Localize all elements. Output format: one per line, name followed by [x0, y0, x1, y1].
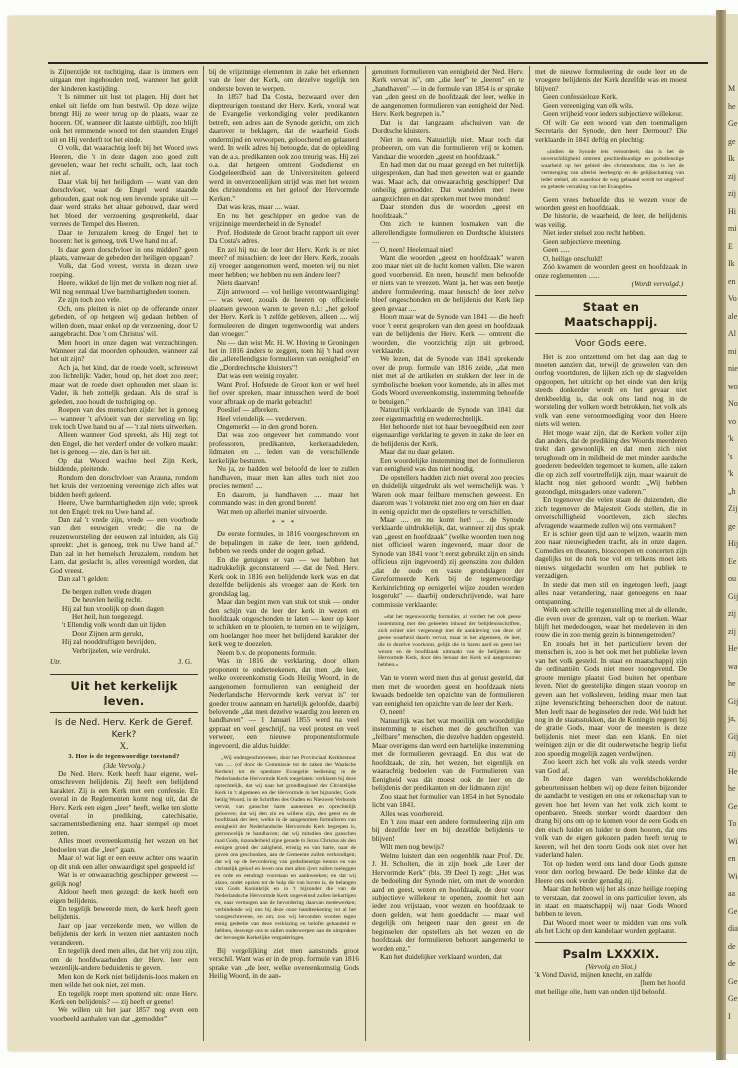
paragraph: Men hoort in onze dagen wat verzuchtinge…: [50, 339, 198, 364]
next-page-fragment: Gij: [728, 697, 738, 707]
paragraph: Rondom den dorschvloer van Arauna, rondo…: [50, 474, 198, 499]
section-title-kerkelijk-leven: Uit het kerkelijk leven.: [50, 679, 198, 709]
next-page-fragment: To: [728, 819, 736, 829]
paragraph: Zoo keert zich het volk als volk steeds …: [535, 758, 687, 775]
paragraph: Dat is dat langzaam afschuiven van de Do…: [372, 119, 524, 136]
paragraph: En tegelijk beweerde men, de kerk heeft …: [50, 905, 198, 922]
paragraph: Dat Woord moet weer te midden van ons vo…: [535, 919, 687, 936]
paragraph: Alleen wanneer God spreekt, als Hij zegt…: [50, 431, 198, 456]
paragraph: Een woordelijke instemming met de formul…: [372, 457, 524, 474]
next-page-fragment: Gij: [728, 592, 738, 602]
paragraph: En daarom, ja handhaven .... maar het co…: [209, 491, 359, 508]
paragraph: Welk een schrille tegenstelling met al d…: [535, 606, 687, 640]
proponent-formula-quote: „Wij ondergeschrevenen, door het Provinc…: [215, 755, 356, 941]
next-page-fragment: Hi: [728, 207, 736, 217]
paragraph: Op dat Woord wachte heel Zijn Kerk, bidd…: [50, 457, 198, 474]
meditation-article: is Zijnerzijde tot tuchtiging, daar is i…: [50, 68, 198, 584]
article-body: De eerste formules, in 1816 voorgeschrev…: [209, 530, 359, 750]
next-page-fragment: Ge: [728, 994, 737, 1004]
paragraph: En zooals het in het particuliere leven …: [535, 640, 687, 758]
paragraph: Heere, Uwe barmhartigheden zijn vele; sp…: [50, 499, 198, 516]
section-rule: [50, 712, 198, 713]
column-1: is Zijnerzijde tot tuchtiging, daar is i…: [50, 68, 198, 1023]
paragraph: Nu — dan wist Mr. H. W. Hoving te Gronin…: [209, 339, 359, 373]
next-page-fragment: Hij: [728, 539, 738, 549]
paragraph: En 't zou maar een andere formuleering z…: [372, 818, 524, 843]
article-body: genomen formulieren van eenigheid der Ne…: [372, 68, 524, 609]
next-page-fragment: „h: [728, 487, 736, 497]
paragraph: Nu ja, ze hadden wel beloofd de leer te …: [209, 465, 359, 490]
paragraph: Geen vrees behoefde dus te wezen voor de…: [535, 196, 687, 213]
poem-title: Psalm LXXXIX.: [535, 947, 687, 962]
paragraph: Men kon de Kerk niet belijdenis-loos mak…: [50, 973, 198, 990]
paragraph: Aldoor heeft men gezegd: de kerk heeft e…: [50, 888, 198, 905]
next-page-fragment: wo: [728, 382, 738, 392]
paragraph: Van te voren werd men dus al gerust gest…: [372, 674, 524, 708]
paragraph: Welnu luistert dan een oogenblik naar Pr…: [372, 852, 524, 953]
column-rule: [365, 66, 366, 1041]
article-body: Bij vergelijking ziet men aanstonds groo…: [209, 947, 359, 981]
next-page-fragment: Wi: [728, 837, 737, 847]
paragraph: Want Prof. Hofstede de Groot kon er wel …: [209, 381, 359, 406]
next-page-fragment: Zij: [728, 504, 737, 514]
article-body: Het is zoo ontzettend om het dag aan dag…: [535, 353, 687, 936]
column-3: genomen formulieren van eenigheid der Ne…: [372, 68, 524, 962]
paragraph: Dan zal 't vrede zijn, vrede — een voorb…: [50, 516, 198, 575]
article-body: De Ned. Herv. Kerk heeft haar eigene, we…: [50, 770, 198, 1024]
top-rule: [48, 62, 708, 64]
next-page-fragment: 'k: [728, 434, 733, 444]
paragraph: Niet in eens. Natuurlijk niet. Maar toch…: [372, 136, 524, 161]
paragraph: In stede dat men stil en ingetogen leeft…: [535, 581, 687, 606]
next-page-fragment: de: [728, 942, 736, 952]
paragraph: Het moge waar zijn, dat de Kerken voller…: [535, 429, 687, 497]
paragraph: Prof. Hodstede de Groot bracht rapport u…: [209, 229, 359, 246]
paragraph: En tegenover die velen staan de duizende…: [535, 496, 687, 530]
signature-initials: J. G.: [178, 658, 192, 666]
paragraph: In 1857 had Da Costa, bezwaard over den …: [209, 93, 359, 203]
next-page-fragment: ale: [728, 312, 737, 322]
section-rule: [535, 333, 687, 334]
next-page-fragment: E: [728, 242, 733, 252]
paragraph: Zijn antwoord — vol heilige verontwaardi…: [209, 288, 359, 339]
next-page-fragment: he: [728, 102, 736, 112]
paragraph: Dan zal 't gelden:: [50, 575, 198, 583]
next-page-fragment: Gij: [728, 732, 738, 742]
next-page-fragment: zij: [728, 609, 736, 619]
paragraph: Wat men op allerlei manier uitvoerde.: [209, 508, 359, 516]
paragraph: Kan het duidelijker verklaard worden, da…: [372, 953, 524, 961]
paragraph: En tegelijk deed men alles, dat het vrij…: [50, 947, 198, 972]
next-page-fragment: de: [728, 959, 736, 969]
paragraph: En nu het geschipper en gedoe van de vri…: [209, 212, 359, 229]
paragraph: Om zich te kunnen losmaken van die aller…: [372, 220, 524, 245]
paragraph: Maar .... en nu komt het! .... de Synode…: [372, 516, 524, 609]
section-rule: [535, 942, 687, 943]
paragraph: Natuurlijk verklaarde de Synode van 1841…: [372, 406, 524, 423]
article-body: met de nieuwe formuleering de oude leer …: [535, 68, 687, 144]
next-page-fragment: Ge: [728, 802, 737, 812]
article-title: Is de Ned. Herv. Kerk de Geref. Kerk?: [50, 717, 198, 741]
next-page-fragment: en: [728, 854, 736, 864]
signature-place: Utr.: [50, 658, 61, 666]
next-page-fragment: M: [728, 84, 735, 94]
paragraph: Daar vlak bij het heiligdom — want van d…: [50, 178, 198, 229]
article-title-gods-eere: Voor Gods eere.: [535, 338, 687, 350]
paragraph: En tegelijk roept men spottend uit: onze…: [50, 990, 198, 1007]
paragraph: En die getuigen er van — we hebben het n…: [209, 556, 359, 598]
paragraph: Daar stonden dus de woorden „geest en ho…: [372, 203, 524, 220]
paragraph: Het behoorde niet tot haar bevoegdheid e…: [372, 423, 524, 448]
section-title-staat-maatschappij: Staat en Maatschappij.: [535, 300, 687, 330]
column-4: met de nieuwe formuleering de oude leer …: [535, 68, 687, 996]
next-page-fragment: I: [728, 1012, 731, 1022]
next-page-fragment: No: [728, 399, 738, 409]
paragraph: We willen uit het jaar 1857 nog even een…: [50, 1006, 198, 1023]
poem-line: met heilige olie, hem van onden tijd bel…: [535, 988, 687, 996]
paragraph: O volk, dat waarachtig leeft bij het Woo…: [50, 144, 198, 178]
paragraph: Jaar op jaar verzekerde men, we willen d…: [50, 922, 198, 947]
paragraph: Er is schier geen tijd aan te wijzen, wa…: [535, 530, 687, 581]
paragraph: In deze dagen van wereldschokkende gebeu…: [535, 775, 687, 860]
paragraph: Maar dan hebben wij het als onze heilige…: [535, 885, 687, 919]
article-body: Van te voren werd men dus al gerust gest…: [372, 674, 524, 961]
section-rule: [535, 295, 687, 296]
paragraph: Heere, wikkel de lijn met de volken nog …: [50, 279, 198, 296]
next-page-fragment: 's: [728, 452, 733, 462]
next-page-fragment: mi: [728, 347, 736, 357]
next-page-fragment: aa: [728, 889, 735, 899]
article-number: X.: [50, 741, 198, 752]
next-page-fragment: ou: [728, 574, 736, 584]
next-page-edge: MheGegeIkzijzijHimiEIkenVoaleAlminiewoNo…: [726, 14, 738, 1054]
paragraph: Is daar geen dorschvloer in ons midden? …: [50, 246, 198, 263]
next-page-fragment: vo: [728, 417, 736, 427]
next-page-fragment: ge: [728, 522, 736, 532]
next-page-fragment: nie: [728, 364, 738, 374]
paragraph: Zóó kwamen de woorden geest en hoofdzaak…: [535, 263, 687, 280]
paragraph: Och, ons pleiten is niet op de offerande…: [50, 305, 198, 339]
next-page-fragment: zij: [728, 189, 736, 199]
next-page-fragment: Ee: [728, 557, 736, 567]
paragraph: Tot op heden werd ons land door Gods gun…: [535, 860, 687, 885]
page-gutter: [716, 10, 726, 1060]
next-page-fragment: he: [728, 679, 736, 689]
paragraph: Bij vergelijking ziet men aanstonds groo…: [209, 947, 359, 981]
paragraph: 't Is nimmer uit lust tot plagen. Hij do…: [50, 93, 198, 144]
paragraph: met de nieuwe formuleering de oude leer …: [535, 68, 687, 93]
paragraph: Volk, dat God vreest, versta in dezen uw…: [50, 262, 198, 279]
paragraph: bij de vrijzinnige elementen in zake het…: [209, 68, 359, 93]
next-page-fragment: zij: [728, 627, 736, 637]
next-page-fragment: mi: [728, 224, 736, 234]
next-page-fragment: Vo: [728, 294, 737, 304]
next-page-fragment: ge: [728, 137, 736, 147]
column-2: bij de vrijzinnige elementen in zake het…: [209, 68, 359, 981]
paragraph: Daar te Jeruzalem kreeg de Engel het te …: [50, 229, 198, 246]
paragraph: is Zijnerzijde tot tuchtiging, daar is i…: [50, 68, 198, 93]
paragraph: De eerste formules, in 1816 voorgeschrev…: [209, 530, 359, 555]
to-be-continued: (Wordt vervolgd.): [535, 280, 687, 288]
paragraph: Alles moet overeenkomstig het wezen en h…: [50, 837, 198, 854]
next-page-fragment: Ge: [728, 977, 737, 987]
next-page-fragment: he: [728, 784, 736, 794]
paragraph: En had men dat nu maar gezegd en het rui…: [372, 161, 524, 203]
paragraph: Zoo staat het formulier van 1854 in het …: [372, 793, 524, 810]
article-body: bij de vrijzinnige elementen in zake het…: [209, 68, 359, 516]
next-page-fragment: wa: [728, 662, 737, 672]
paragraph: Maar dan begint men van stuk tot stuk — …: [209, 598, 359, 649]
next-page-fragment: Wi: [728, 872, 737, 882]
next-page-fragment: Al: [728, 329, 736, 339]
paragraph: Het is zoo ontzettend om het dag aan dag…: [535, 353, 687, 429]
next-page-fragment: 'k: [728, 469, 733, 479]
next-page-fragment: Ge: [728, 119, 737, 129]
paragraph: Want die woorden „geest en hoofdzaak" wa…: [372, 254, 524, 313]
signature: Utr. J. G.: [50, 658, 198, 666]
article-subhead: 3. Hoe is de tegenwoordige toestand?: [50, 752, 198, 761]
paragraph: Maar o! wat ligt er een eeuw achter ons …: [50, 854, 198, 871]
article-body: Geen vrees behoefde dus te wezen voor de…: [535, 196, 687, 281]
next-page-fragment: He: [728, 767, 737, 777]
next-page-fragment: Ik: [728, 259, 735, 269]
next-page-fragment: zij: [728, 172, 736, 182]
paragraph: Of wilt Ge een woord van den toenmaligen…: [535, 119, 687, 144]
next-page-fragment: Ge: [728, 907, 737, 917]
paragraph: Dat was zoo ongeveer het commando voor p…: [209, 431, 359, 465]
commission-quote: «dat het tegenwoordig formulier, al vord…: [378, 614, 521, 669]
next-page-fragment: dia: [728, 924, 738, 934]
paragraph: Ach ja, het kind, dat de roede voelt, sc…: [50, 364, 198, 406]
paragraph: En zei hij nu: de leer der Herv. Kerk is…: [209, 246, 359, 280]
paragraph: Hoort maar wat de Synode van 1841 — die …: [372, 313, 524, 355]
next-page-fragment: ja,: [728, 714, 736, 724]
next-page-fragment: He: [728, 644, 737, 654]
poem-line: Verbrijzelen, wie verdrukt.: [62, 647, 198, 655]
poem-stanza: De bergen zullen vrede dragenDe heuvlen …: [62, 588, 198, 656]
column-rule: [529, 66, 530, 1041]
paragraph: De historie, de waarheid, de leer, de be…: [535, 212, 687, 229]
paragraph: De opstellers hadden zich niet overal zo…: [372, 474, 524, 516]
next-page-fragment: en: [728, 277, 736, 287]
paragraph: Was in 1816 de verklaring, door elken pr…: [209, 657, 359, 750]
paragraph: genomen formulieren van eenigheid der Ne…: [372, 68, 524, 119]
paragraph: Roepen van des menschen zijde: het is ge…: [50, 406, 198, 431]
dermout-quote: «indien de Synode iets veroordeelt, dan …: [541, 149, 684, 190]
paragraph: We lezen, dat de Synode van 1841 spreken…: [372, 355, 524, 406]
column-rule: [203, 66, 204, 1041]
paragraph: De Ned. Herv. Kerk heeft haar eigene, we…: [50, 770, 198, 838]
next-page-fragment: zij: [728, 749, 736, 759]
section-stars: * * *: [209, 519, 359, 527]
next-page-fragment: Ik: [728, 154, 735, 164]
paragraph: Wat is er onwaarachtig geschipper gewees…: [50, 871, 198, 888]
paragraph: Natuurlijk was het wat moeilijk om woord…: [372, 717, 524, 793]
section-rule: [50, 674, 198, 675]
